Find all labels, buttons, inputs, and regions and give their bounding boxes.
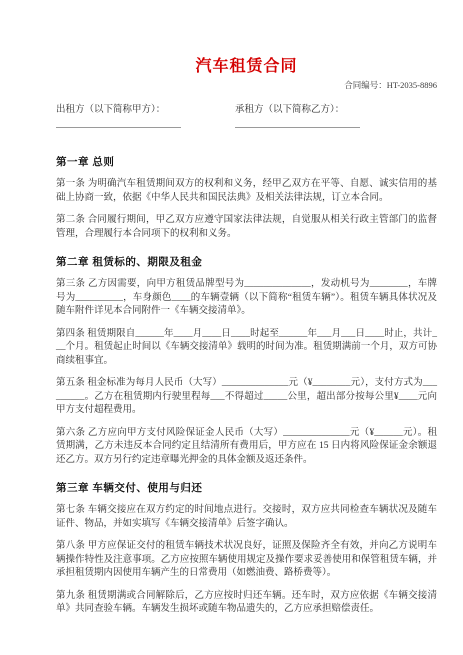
parties-row: 出租方（以下简称甲方）： 承租方（以下简称乙方）： <box>56 104 437 128</box>
lessor-fill-line <box>56 127 181 128</box>
article-2: 第二条 合同履行期间，甲乙双方应遵守国家法律法规，自觉服从相关行政主管部门的监督… <box>56 214 437 241</box>
contract-document-page: 汽车租赁合同 合同编号：HT-2035-8896 出租方（以下简称甲方）： 承租… <box>0 0 463 655</box>
chapter-3-heading: 第三章 车辆交付、使用与归还 <box>56 482 437 495</box>
lessor-label: 出租方（以下简称甲方）： <box>56 104 235 116</box>
article-8: 第八条 甲方应保证交付的租赁车辆技术状况良好，证照及保险齐全有效，并向乙方说明车… <box>56 540 437 581</box>
lessee-label: 承租方（以下简称乙方）： <box>235 104 414 116</box>
lessor-column: 出租方（以下简称甲方）： <box>56 104 235 128</box>
article-9: 第九条 租赁期满或合同解除后，乙方应按时归还车辆。还车时，双方应依据《车辆交接清… <box>56 590 437 617</box>
article-4: 第四条 租赁期限自______年____月____日____时起至______年… <box>56 328 437 369</box>
article-6: 第六条 乙方应向甲方支付风险保证金人民币（大写）______________元（… <box>56 427 437 468</box>
article-5: 第五条 租金标准为每月人民币（大写）______________元（¥_____… <box>56 377 437 418</box>
lessee-column: 承租方（以下简称乙方）： <box>235 104 414 128</box>
chapter-1-heading: 第一章 总则 <box>56 156 437 169</box>
article-7: 第七条 车辆交接应在双方约定的时间地点进行。交接时，双方应共同检查车辆状况及随车… <box>56 504 437 531</box>
chapter-2-heading: 第二章 租赁标的、期限及租金 <box>56 256 437 269</box>
article-3: 第三条 乙方因需要，向甲方租赁品牌型号为______________，发动机号为… <box>56 278 437 319</box>
article-1: 第一条 为明确汽车租赁期间双方的权利和义务，经甲乙双方在平等、自愿、诚实信用的基… <box>56 178 437 205</box>
document-title: 汽车租赁合同 <box>56 58 437 76</box>
lessee-fill-line <box>235 127 360 128</box>
contract-number: 合同编号：HT-2035-8896 <box>56 80 437 91</box>
